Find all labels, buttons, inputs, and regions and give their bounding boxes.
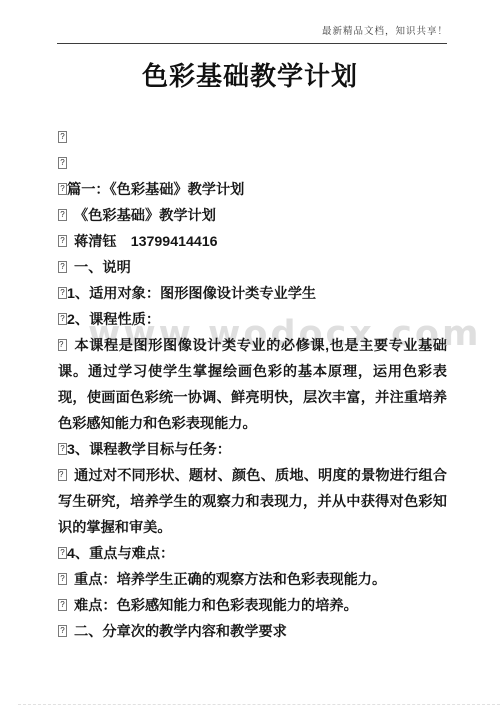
missing-glyph-icon: ? [58, 287, 67, 299]
missing-glyph-icon: ? [58, 209, 67, 221]
missing-glyph-icon: ? [58, 573, 67, 585]
line-text: 蒋清钰 13799414416 [74, 234, 218, 250]
paragraph-text: 通过对不同形状、题材、颜色、质地、明度的景物进行组合写生研究，培养学生的观察力和… [58, 468, 447, 536]
line-text: 重点：培养学生正确的观察方法和色彩表现能力。 [74, 572, 386, 588]
body-paragraph: ?本课程是图形图像设计类专业的必修课,也是主要专业基础课。通过学习使学生掌握绘画… [58, 333, 447, 437]
missing-glyph-icon: ? [58, 469, 67, 481]
body-line: ? [58, 151, 447, 177]
missing-glyph-icon: ? [58, 443, 67, 455]
line-text: 二、分章次的教学内容和教学要求 [74, 624, 287, 640]
missing-glyph-icon: ? [58, 339, 67, 351]
header-rule [57, 43, 447, 44]
line-text: 1、适用对象：图形图像设计类专业学生 [67, 286, 316, 302]
line-text: 难点：色彩感知能力和色彩表现能力的培养。 [74, 598, 358, 614]
document-page: 最新精品文档，知识共享！ 色彩基础教学计划 www.wodocx.com ? ?… [0, 0, 500, 708]
header-note: 最新精品文档，知识共享！ [322, 26, 448, 39]
body-line: ? [58, 125, 447, 151]
missing-glyph-icon: ? [58, 261, 67, 273]
line-text: 3、课程教学目标与任务： [67, 442, 231, 458]
body-line-author: ?蒋清钰 13799414416 [58, 229, 447, 255]
body-line: ?重点：培养学生正确的观察方法和色彩表现能力。 [58, 567, 447, 593]
missing-glyph-icon: ? [58, 547, 67, 559]
body-line: ?3、课程教学目标与任务： [58, 437, 447, 463]
body-line: ?4、重点与难点： [58, 541, 447, 567]
body-line: ?2、课程性质： [58, 307, 447, 333]
document-body: ? ? ?篇一：《色彩基础》教学计划 ?《色彩基础》教学计划 ?蒋清钰 1379… [58, 125, 447, 645]
missing-glyph-icon: ? [58, 625, 67, 637]
missing-glyph-icon: ? [58, 313, 67, 325]
body-line: ?篇一：《色彩基础》教学计划 [58, 177, 447, 203]
missing-glyph-icon: ? [58, 599, 67, 611]
line-text: 4、重点与难点： [67, 546, 174, 562]
body-line-heading: ?一、说明 [58, 255, 447, 281]
body-line-heading: ?二、分章次的教学内容和教学要求 [58, 619, 447, 645]
paragraph-text: 本课程是图形图像设计类专业的必修课,也是主要专业基础课。通过学习使学生掌握绘画色… [58, 338, 447, 432]
body-line: ?《色彩基础》教学计划 [58, 203, 447, 229]
page-bottom-divider [18, 704, 500, 705]
missing-glyph-icon: ? [58, 131, 67, 143]
line-text: 2、课程性质： [67, 312, 160, 328]
missing-glyph-icon: ? [58, 235, 67, 247]
missing-glyph-icon: ? [58, 157, 67, 169]
body-paragraph: ?通过对不同形状、题材、颜色、质地、明度的景物进行组合写生研究，培养学生的观察力… [58, 463, 447, 541]
page-title: 色彩基础教学计划 [0, 56, 500, 93]
body-line: ?1、适用对象：图形图像设计类专业学生 [58, 281, 447, 307]
line-text: 一、说明 [74, 260, 131, 276]
body-line: ?难点：色彩感知能力和色彩表现能力的培养。 [58, 593, 447, 619]
line-text: 《色彩基础》教学计划 [74, 208, 216, 224]
missing-glyph-icon: ? [58, 183, 67, 195]
line-text: 篇一：《色彩基础》教学计划 [67, 182, 244, 198]
